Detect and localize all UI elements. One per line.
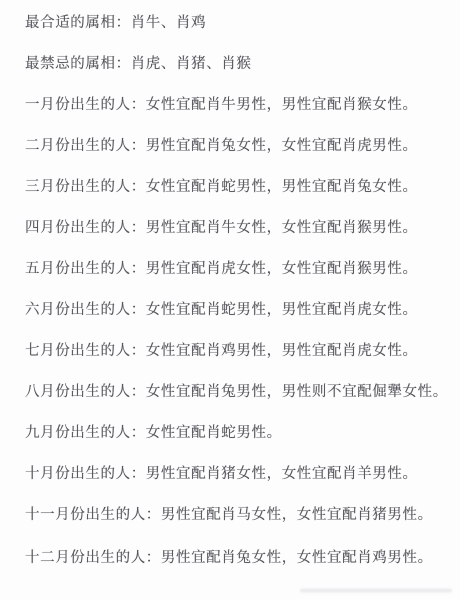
april-line: 四月份出生的人：男性宜配肖牛女性，女性宜配肖猴男性。: [25, 221, 450, 236]
december-line: 十二月份出生的人：男性宜配肖兔女性，女性宜配肖鸡男性。: [25, 551, 450, 566]
taboo-zodiac-line: 最禁忌的属相：肖虎、肖猪、肖猴: [25, 57, 450, 72]
july-line: 七月份出生的人：女性宜配肖鸡男性，男性宜配肖虎女性。: [25, 344, 450, 359]
january-line: 一月份出生的人：女性宜配肖牛男性，男性宜配肖猴女性。: [25, 98, 450, 113]
august-line: 八月份出生的人：女性宜配肖兔男性，男性则不宜配倔犟女性。: [25, 385, 450, 400]
september-line: 九月份出生的人：女性宜配肖蛇男性。: [25, 426, 450, 441]
best-zodiac-line: 最合适的属相：肖牛、肖鸡: [25, 16, 450, 31]
october-line: 十月份出生的人：男性宜配肖猪女性，女性宜配肖羊男性。: [25, 467, 450, 482]
compression-artifact-line: [300, 589, 452, 592]
june-line: 六月份出生的人：女性宜配肖蛇男性，男性宜配肖虎女性。: [25, 303, 450, 318]
march-line: 三月份出生的人：女性宜配肖蛇男性，男性宜配肖兔女性。: [25, 180, 450, 195]
zodiac-compatibility-text: 最合适的属相：肖牛、肖鸡 最禁忌的属相：肖虎、肖猪、肖猴 一月份出生的人：女性宜…: [25, 16, 450, 594]
may-line: 五月份出生的人：男性宜配肖虎女性，女性宜配肖猴男性。: [25, 262, 450, 277]
february-line: 二月份出生的人：男性宜配肖兔女性，女性宜配肖虎男性。: [25, 139, 450, 154]
november-line: 十一月份出生的人：男性宜配肖马女性，女性宜配肖猪男性。: [25, 508, 450, 523]
